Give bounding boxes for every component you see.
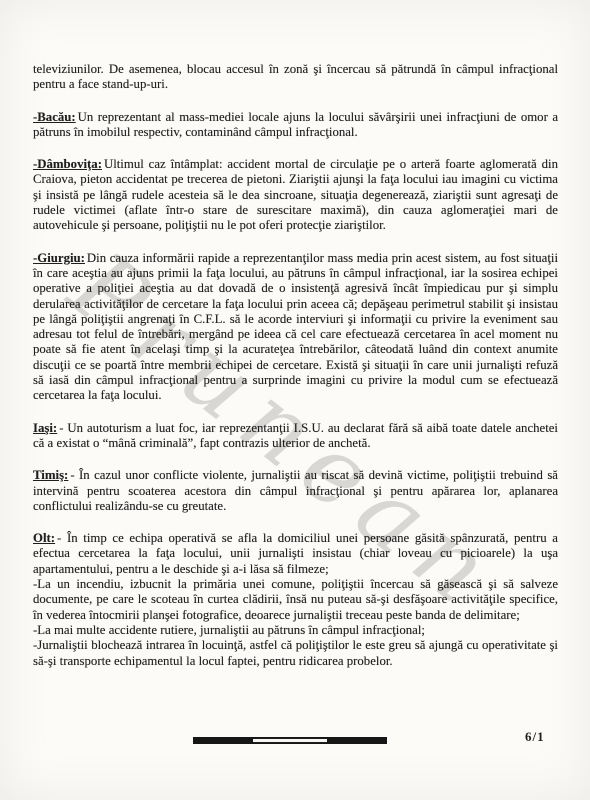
paragraph-text: - În cazul unor conflicte violente, jurn… — [33, 468, 558, 513]
divider-bar — [193, 737, 387, 744]
section-label-giurgiu: -Giurgiu: — [33, 251, 85, 265]
paragraph-text: televiziunilor. De asemenea, blocau acce… — [33, 62, 558, 91]
paragraph-olt: Olt:- În timp ce echipa operativă se afl… — [33, 531, 558, 669]
paragraph-bacau: -Bacău:Un reprezentant al mass-mediei lo… — [33, 110, 558, 141]
olt-line: -La un incendiu, izbucnit la primăria un… — [33, 577, 558, 623]
divider-bar-gap — [253, 738, 327, 743]
section-label-timis: Timiş: — [33, 468, 68, 482]
paragraph-text: Din cauza informării rapide a reprezenta… — [33, 251, 558, 403]
document-page: Prunean televiziunilor. De asemenea, blo… — [0, 0, 590, 800]
paragraph-giurgiu: -Giurgiu:Din cauza informării rapide a r… — [33, 251, 558, 404]
section-label-iasi: Iaşi: — [33, 421, 57, 435]
paragraph-text: Ultimul caz întâmplat: accident mortal d… — [33, 157, 558, 232]
paragraph-dambovita: -Dâmboviţa:Ultimul caz întâmplat: accide… — [33, 157, 558, 233]
page-number: 6/1 — [525, 729, 545, 745]
paragraph-text: - În timp ce echipa operativă se afla la… — [33, 531, 558, 576]
paragraph-timis: Timiş:- În cazul unor conflicte violente… — [33, 468, 558, 514]
section-label-olt: Olt: — [33, 531, 55, 545]
paragraph-text: - Un autoturism a luat foc, iar reprezen… — [33, 421, 558, 450]
olt-line: -Jurnaliştii blochează intrarea în locui… — [33, 638, 558, 669]
olt-line: Olt:- În timp ce echipa operativă se afl… — [33, 531, 558, 577]
section-label-bacau: -Bacău: — [33, 110, 76, 124]
paragraph-text: Un reprezentant al mass-mediei locale aj… — [33, 110, 558, 139]
olt-line: -La mai multe accidente rutiere, jurnali… — [33, 623, 558, 638]
page-content: televiziunilor. De asemenea, blocau acce… — [33, 62, 558, 669]
paragraph-continuation: televiziunilor. De asemenea, blocau acce… — [33, 62, 558, 93]
section-label-dambovita: -Dâmboviţa: — [33, 157, 102, 171]
paragraph-iasi: Iaşi:- Un autoturism a luat foc, iar rep… — [33, 421, 558, 452]
